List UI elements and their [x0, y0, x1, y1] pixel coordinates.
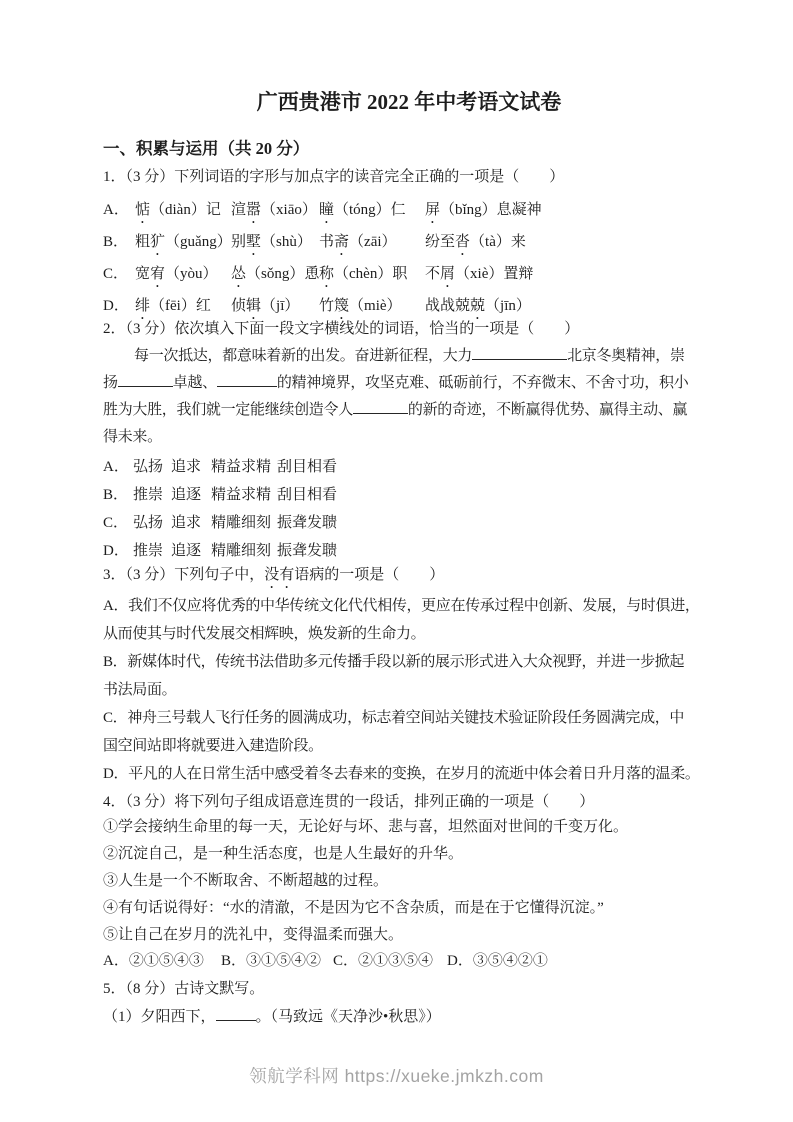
- word-with-pinyin: 称（chèn）职: [319, 259, 425, 291]
- option-label: C．: [333, 953, 358, 969]
- paragraph-line: 得未来。: [103, 424, 715, 451]
- section-heading: 一、积累与运用（共 20 分）: [103, 135, 715, 163]
- option-label: A．: [103, 195, 135, 227]
- option-sequence: ③⑤④②①: [473, 953, 548, 969]
- fill-in-blank: [353, 401, 408, 414]
- option-word: 追求: [171, 509, 211, 537]
- q4-option: C．②①③⑤④: [333, 947, 447, 975]
- fill-in-blank: [472, 347, 567, 360]
- word-with-pinyin: 瞳（tóng）仁: [319, 195, 425, 227]
- option-word: 精益求精: [211, 453, 277, 481]
- q2-options: A．弘扬追求精益求精刮目相看B．推崇追逐精益求精刮目相看C．弘扬追求精雕细刻振聋…: [103, 453, 715, 565]
- option-label: B．: [221, 953, 246, 969]
- word-with-pinyin: 渲嚣（xiāo）: [231, 195, 319, 227]
- option-label: D．: [103, 766, 128, 782]
- option-sequence: ②①⑤④③: [129, 953, 204, 969]
- q2-option-row: B．推崇追逐精益求精刮目相看: [103, 481, 715, 509]
- word-with-pinyin: 别墅（shù）: [231, 227, 319, 259]
- option-word: 弘扬: [133, 509, 171, 537]
- option-sequence: ②①③⑤④: [358, 953, 433, 969]
- option-label: C．: [103, 259, 135, 291]
- option-label: B．: [103, 481, 133, 509]
- numbered-sentence: ④有句话说得好：“水的清澈，不是因为它不含杂质，而是在于它懂得沉淀。”: [103, 895, 715, 922]
- option-label: A．: [103, 953, 129, 969]
- option-word: 追逐: [171, 481, 211, 509]
- q1-option-row: C．宽宥（yòu）怂（sǒng）恿称（chèn）职不屑（xiè）置辩: [103, 259, 715, 291]
- q1-option-row: A．惦（diàn）记渲嚣（xiāo）瞳（tóng）仁屏（bǐng）息凝神: [103, 195, 715, 227]
- q5-stem: 5．（8 分）古诗文默写。: [103, 975, 715, 1003]
- option-word: 振聋发聩: [277, 509, 715, 537]
- q4-option: D．③⑤④②①: [447, 947, 715, 975]
- fill-in-blank: [118, 374, 173, 387]
- q4-option: A．②①⑤④③: [103, 947, 221, 975]
- word-with-pinyin: 不屑（xiè）置辩: [425, 259, 715, 291]
- numbered-sentence: ①学会接纳生命里的每一天，无论好与坏、悲与喜，坦然面对世间的千变万化。: [103, 814, 715, 841]
- option-word: 推崇: [133, 481, 171, 509]
- q3-option-line: D．平凡的人在日常生活中感受着冬去春来的变换，在岁月的流逝中体会着日升月落的温柔…: [103, 760, 715, 788]
- option-word: 追求: [171, 453, 211, 481]
- option-label: B．: [103, 227, 135, 259]
- q5-item-1: （1）夕阳西下，。（马致远《天净沙•秋思》）: [103, 1003, 715, 1031]
- option-word: 精益求精: [211, 481, 277, 509]
- numbered-sentence: ⑤让自己在岁月的洗礼中，变得温柔而强大。: [103, 922, 715, 949]
- option-label: C．: [103, 710, 127, 726]
- word-with-pinyin: 惦（diàn）记: [135, 195, 231, 227]
- q3-option-line: A．我们不仅应将优秀的中华传统文化代代相传，更应在传承过程中创新、发展，与时俱进…: [103, 592, 715, 620]
- q1-option-row: B．粗犷（guǎng）别墅（shù）书斋（zāi）纷至沓（tà）来: [103, 227, 715, 259]
- q3-option-line: C．神舟三号载人飞行任务的圆满成功，标志着空间站关键技术验证阶段任务圆满完成，中: [103, 704, 715, 732]
- option-label: C．: [103, 509, 133, 537]
- option-sequence: ③①⑤④②: [246, 953, 321, 969]
- q3-option-line: 国空间站即将就要进入建造阶段。: [103, 732, 715, 760]
- word-with-pinyin: 纷至沓（tà）来: [425, 227, 715, 259]
- numbered-sentence: ②沉淀自己，是一种生活态度，也是人生最好的升华。: [103, 841, 715, 868]
- option-word: 刮目相看: [277, 481, 715, 509]
- q1-stem: 1．（3 分）下列词语的字形与加点字的读音完全正确的一项是（ ）: [103, 163, 715, 191]
- option-label: D．: [447, 953, 473, 969]
- option-label: A．: [103, 598, 128, 614]
- exam-content: 广西贵港市 2022 年中考语文试卷 一、积累与运用（共 20 分） 1．（3 …: [0, 0, 793, 1031]
- q4-options: A．②①⑤④③B．③①⑤④②C．②①③⑤④D．③⑤④②①: [103, 947, 715, 975]
- q3-options: A．我们不仅应将优秀的中华传统文化代代相传，更应在传承过程中创新、发展，与时俱进…: [103, 592, 715, 788]
- option-label: A．: [103, 453, 133, 481]
- word-with-pinyin: 书斋（zāi）: [319, 227, 425, 259]
- page-title: 广西贵港市 2022 年中考语文试卷: [103, 86, 715, 118]
- q3-option-line: 书法局面。: [103, 676, 715, 704]
- q3-stem: 3．（3 分）下列句子中，没有语病的一项是（ ）: [103, 561, 715, 592]
- q4-option: B．③①⑤④②: [221, 947, 333, 975]
- fill-in-blank: [217, 374, 277, 387]
- option-word: 弘扬: [133, 453, 171, 481]
- word-with-pinyin: 粗犷（guǎng）: [135, 227, 231, 259]
- q2-option-row: C．弘扬追求精雕细刻振聋发聩: [103, 509, 715, 537]
- numbered-sentence: ③人生是一个不断取舍、不断超越的过程。: [103, 868, 715, 895]
- word-with-pinyin: 屏（bǐng）息凝神: [425, 195, 715, 227]
- option-word: 精雕细刻: [211, 509, 277, 537]
- q4-stem: 4．（3 分）将下列句子组成语意连贯的一段话，排列正确的一项是（ ）: [103, 788, 715, 816]
- q2-paragraph: 每一次抵达，都意味着新的出发。奋进新征程，大力北京冬奥精神，崇扬卓越、的精神境界…: [103, 343, 715, 451]
- q4-sentences: ①学会接纳生命里的每一天，无论好与坏、悲与喜，坦然面对世间的千变万化。②沉淀自己…: [103, 814, 715, 949]
- q1-options: A．惦（diàn）记渲嚣（xiāo）瞳（tóng）仁屏（bǐng）息凝神B．粗犷…: [103, 195, 715, 323]
- word-with-pinyin: 宽宥（yòu）: [135, 259, 231, 291]
- fill-in-blank: [216, 1008, 256, 1021]
- word-with-pinyin: 怂（sǒng）恿: [231, 259, 319, 291]
- paragraph-line: 胜为大胜，我们就一定能继续创造令人的新的奇迹，不断赢得优势、赢得主动、赢: [103, 397, 715, 424]
- q3-option-line: B．新媒体时代，传统书法借助多元传播手段以新的展示形式进入大众视野，并进一步掀起: [103, 648, 715, 676]
- q3-option-line: 从而使其与时代发展交相辉映，焕发新的生命力。: [103, 620, 715, 648]
- paragraph-line: 扬卓越、的精神境界，攻坚克难、砥砺前行，不弃微末、不舍寸功，积小: [103, 370, 715, 397]
- watermark: 领航学科网 https://xueke.jmkzh.com: [0, 1062, 793, 1090]
- q2-option-row: A．弘扬追求精益求精刮目相看: [103, 453, 715, 481]
- exam-page: 广西贵港市 2022 年中考语文试卷 一、积累与运用（共 20 分） 1．（3 …: [0, 0, 793, 1122]
- option-label: B．: [103, 654, 127, 670]
- option-word: 刮目相看: [277, 453, 715, 481]
- paragraph-line: 每一次抵达，都意味着新的出发。奋进新征程，大力北京冬奥精神，崇: [103, 343, 715, 370]
